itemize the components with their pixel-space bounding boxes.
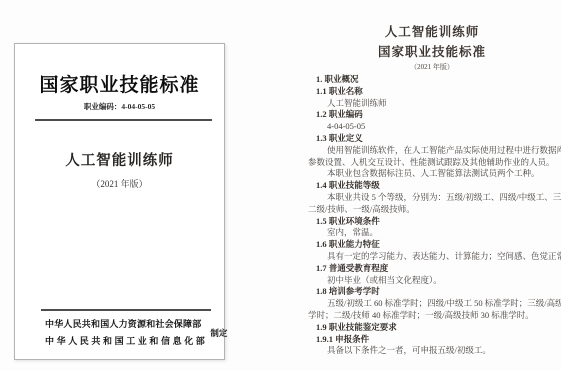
content-page: 人工智能训练师 国家职业技能标准 （2021 年版） 1. 职业概况1.1 职业…	[308, 26, 556, 357]
cover-ministries: 中华人民共和国人力资源和社会保障部 中华人民共和国工业和信息化部 制定	[45, 316, 219, 350]
content-line-heading-1-5: 1.5 职业环境条件	[308, 216, 556, 228]
cover-title: 国家职业技能标准	[15, 70, 224, 97]
cover-divider-top	[35, 119, 212, 121]
content-line-heading-1-1: 1.1 职业名称	[308, 86, 556, 98]
content-lines: 1. 职业概况1.1 职业名称人工智能训练师1.2 职业编码4-04-05-05…	[308, 74, 556, 357]
content-line-body-1-3-c: 本职业包含数据标注员、人工智能算法测试员两个工种。	[308, 168, 556, 180]
content-line-heading-1-9-1: 1.9.1 申报条件	[308, 334, 556, 346]
content-line-body-1-9-1: 具备以下条件之一者，可申报五级/初级工。	[308, 345, 556, 357]
content-line-body-1-2: 4-04-05-05	[308, 121, 556, 133]
content-line-heading-1-2: 1.2 职业编码	[308, 109, 556, 121]
content-edition: （2021 年版）	[308, 63, 556, 71]
content-line-body-1-1: 人工智能训练师	[308, 98, 556, 110]
enacted-by-label: 制定	[210, 327, 227, 339]
content-line-heading-1-7: 1.7 普通受教育程度	[308, 263, 556, 275]
ministry-line-1: 中华人民共和国人力资源和社会保障部	[45, 316, 207, 333]
cover-divider-bottom	[41, 309, 211, 311]
content-line-body-1-5: 室内，常温。	[308, 227, 556, 239]
content-line-heading-1-3: 1.3 职业定义	[308, 133, 556, 145]
content-line-body-1-3-b: 参数设置、人机交互设计、性能测试跟踪及其他辅助作业的人员。	[308, 157, 556, 169]
content-line-heading-1-4: 1.4 职业技能等级	[308, 180, 556, 192]
cover-page: 国家职业技能标准 职业编码：4-04-05-05 人工智能训练师 （2021 年…	[14, 43, 225, 360]
content-line-body-1-8-b: 学时；二级/技师 40 标准学时；一级/高级技师 30 标准学时。	[308, 310, 556, 322]
content-line-heading-1-9: 1.9 职业技能鉴定要求	[308, 322, 556, 334]
cover-edition: （2021 年版）	[15, 177, 224, 190]
content-line-body-1-4-b: 二级/技师、一级/高级技师。	[308, 204, 556, 216]
content-line-body-1-8-a: 五级/初级工 60 标准学时；四级/中级工 50 标准学时；三级/高级工 40 …	[308, 298, 556, 310]
content-title-line1: 人工智能训练师	[308, 26, 556, 39]
cover-occupation-name: 人工智能训练师	[15, 149, 224, 170]
content-line-heading-1: 1. 职业概况	[308, 74, 556, 86]
content-line-body-1-6: 具有一定的学习能力、表达能力、计算能力；空间感、色觉正常。	[308, 251, 556, 263]
content-line-body-1-3-a: 使用智能训练软件，在人工智能产品实际使用过程中进行数据库管理、算法	[308, 145, 556, 157]
cover-occupation-code: 职业编码：4-04-05-05	[15, 101, 224, 112]
content-line-body-1-4-a: 本职业共设 5 个等级，分别为：五级/初级工、四级/中级工、三级/高级工、	[308, 192, 556, 204]
content-title-line2: 国家职业技能标准	[308, 46, 556, 59]
content-line-heading-1-8: 1.8 培训参考学时	[308, 286, 556, 298]
ministry-line-2: 中华人民共和国工业和信息化部	[45, 333, 207, 350]
ministry-lines: 中华人民共和国人力资源和社会保障部 中华人民共和国工业和信息化部	[45, 316, 207, 350]
content-line-body-1-7: 初中毕业（或相当文化程度）。	[308, 275, 556, 287]
content-line-heading-1-6: 1.6 职业能力特征	[308, 239, 556, 251]
document-scan: { "cover": { "title": "国家职业技能标准", "code_…	[0, 0, 561, 371]
